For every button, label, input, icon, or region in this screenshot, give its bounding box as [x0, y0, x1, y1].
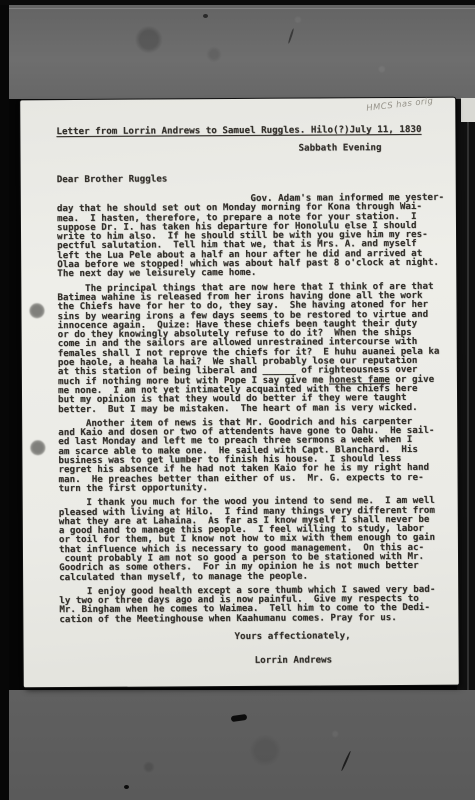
letter-dateline: Sabbath Evening: [298, 143, 381, 153]
letter-paragraph: The principal things that are now here t…: [57, 281, 445, 414]
film-edge-left: [0, 0, 9, 800]
letter-paragraph: Gov. Adam's man informed me yester-day t…: [57, 193, 445, 279]
dust-speck: [124, 785, 129, 789]
letter-paragraph: I enjoy good health except a sore thumb …: [59, 585, 446, 625]
letter-page: HMCS has orig Letter from Lorrin Andrews…: [20, 98, 459, 688]
letter-paragraph: I thank you much for the wood you intend…: [59, 496, 447, 582]
letter-closing: Yours affectionately,: [234, 631, 350, 641]
letter-paragraph: Another item of news is that Mr. Goodric…: [58, 417, 446, 494]
letter-line: The next day we leisurely came home.: [57, 267, 444, 279]
letter-body: Gov. Adam's man informed me yester-day t…: [57, 193, 447, 629]
pencil-archival-note: HMCS has orig: [366, 96, 434, 113]
letter-signature: Lorrin Andrews: [255, 655, 333, 665]
film-edge-top: [0, 0, 475, 5]
punch-hole: [30, 440, 45, 455]
letter-line: better. But I may be mistaken. The heart…: [58, 402, 445, 414]
dust-speck: [203, 14, 208, 18]
letter-title: Letter from Lorrin Andrews to Samuel Rug…: [56, 125, 421, 137]
adjacent-page-sliver: [461, 98, 475, 122]
film-band-bottom: [9, 690, 475, 800]
film-band-top: [9, 0, 475, 99]
scan-gutter-right: [457, 99, 475, 690]
letter-line: calculated than myself, to manage the pe…: [59, 570, 446, 582]
letter-line: cation of the Meetinghouse when Kaahuman…: [59, 613, 446, 625]
punch-hole: [29, 303, 44, 318]
scan-gutter-line: [467, 99, 469, 690]
letter-salutation: Dear Brother Ruggles: [57, 174, 168, 184]
